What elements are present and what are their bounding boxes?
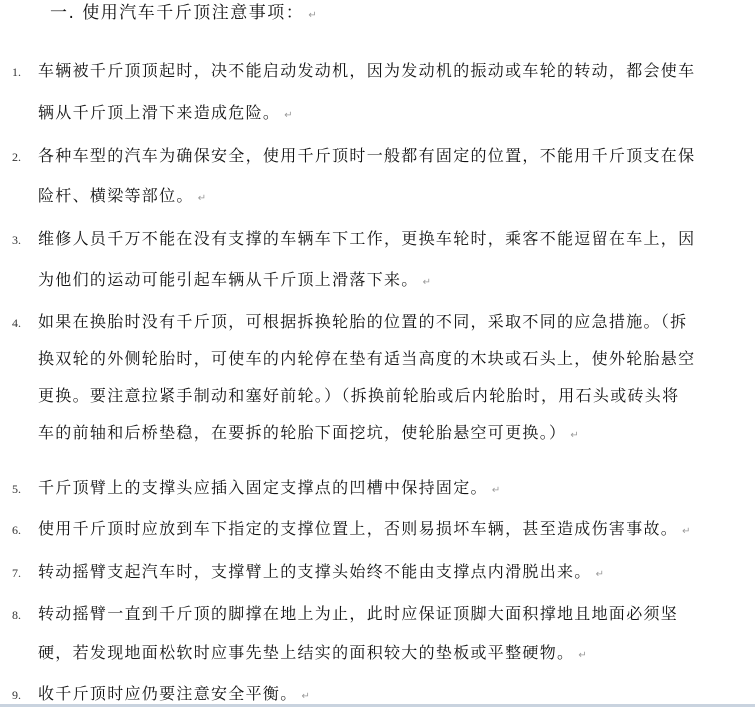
- list-item-line: 如果在换胎时没有千斤顶，可根据拆换轮胎的位置的不同，采取不同的应急措施。（拆: [38, 311, 687, 333]
- list-item-line: 各种车型的汽车为确保安全，使用千斤顶时一般都有固定的位置，不能用千斤顶支在保: [38, 145, 695, 167]
- paragraph-mark-icon: ↵: [423, 277, 431, 288]
- list-item-number: 7.: [12, 566, 36, 581]
- section-heading: 一. 使用汽车千斤顶注意事项：↵: [50, 2, 317, 27]
- list-item-line: 车的前轴和后桥垫稳，在要拆的轮胎下面挖坑，使轮胎悬空可更换。）↵: [38, 422, 579, 447]
- list-item-line: 硬，若发现地面松软时应事先垫上结实的面积较大的垫板或平整硬物。↵: [38, 642, 587, 667]
- paragraph-mark-icon: ↵: [578, 650, 586, 661]
- list-item-number: 1.: [12, 65, 36, 80]
- list-item-number: 2.: [12, 150, 36, 165]
- paragraph-mark-icon: ↵: [308, 10, 316, 21]
- paragraph-mark-icon: ↵: [302, 691, 310, 702]
- list-item-line: 维修人员千万不能在没有支撑的车辆车下工作，更换车轮时，乘客不能逗留在车上，因: [38, 228, 695, 250]
- list-item-number: 6.: [12, 523, 36, 538]
- list-item-line: 更换。要注意拉紧手制动和塞好前轮。）（拆换前轮胎或后内轮胎时，用石头或砖头将: [38, 385, 679, 407]
- list-item-line: 换双轮的外侧轮胎时，可使车的内轮停在垫有适当高度的木块或石头上，使外轮胎悬空: [38, 348, 695, 370]
- list-item-number: 3.: [12, 233, 36, 248]
- list-item-line: 转动摇臂支起汽车时，支撑臂上的支撑头始终不能由支撑点内滑脱出来。↵: [38, 561, 604, 586]
- list-item-line: 车辆被千斤顶顶起时，决不能启动发动机，因为发动机的振动或车轮的转动，都会使车: [38, 60, 695, 82]
- section-heading-text: 一. 使用汽车千斤顶注意事项：: [50, 3, 304, 23]
- list-item-number: 8.: [12, 608, 36, 623]
- list-item-number: 9.: [12, 688, 36, 703]
- paragraph-mark-icon: ↵: [570, 430, 578, 441]
- paragraph-mark-icon: ↵: [492, 485, 500, 496]
- list-item-line: 千斤顶臂上的支撑头应插入固定支撑点的凹槽中保持固定。↵: [38, 477, 500, 502]
- paragraph-mark-icon: ↵: [596, 569, 604, 580]
- list-item-line: 险杆、横梁等部位。↵: [38, 185, 206, 210]
- list-item-number: 5.: [12, 482, 36, 497]
- paragraph-mark-icon: ↵: [198, 193, 206, 204]
- list-item-number: 4.: [12, 316, 36, 331]
- paragraph-mark-icon: ↵: [284, 110, 292, 121]
- paragraph-mark-icon: ↵: [682, 526, 690, 537]
- document-page: 一. 使用汽车千斤顶注意事项：↵ 1. 车辆被千斤顶顶起时，决不能启动发动机，因…: [0, 0, 755, 704]
- list-item-line: 使用千斤顶时应放到车下指定的支撑位置上，否则易损坏车辆，甚至造成伤害事故。↵: [38, 518, 691, 543]
- list-item-line: 辆从千斤顶上滑下来造成危险。↵: [38, 102, 293, 127]
- list-item-line: 转动摇臂一直到千斤顶的脚撑在地上为止，此时应保证顶脚大面积撑地且地面必须坚: [38, 603, 678, 625]
- list-item-line: 为他们的运动可能引起车辆从千斤顶上滑落下来。↵: [38, 269, 431, 294]
